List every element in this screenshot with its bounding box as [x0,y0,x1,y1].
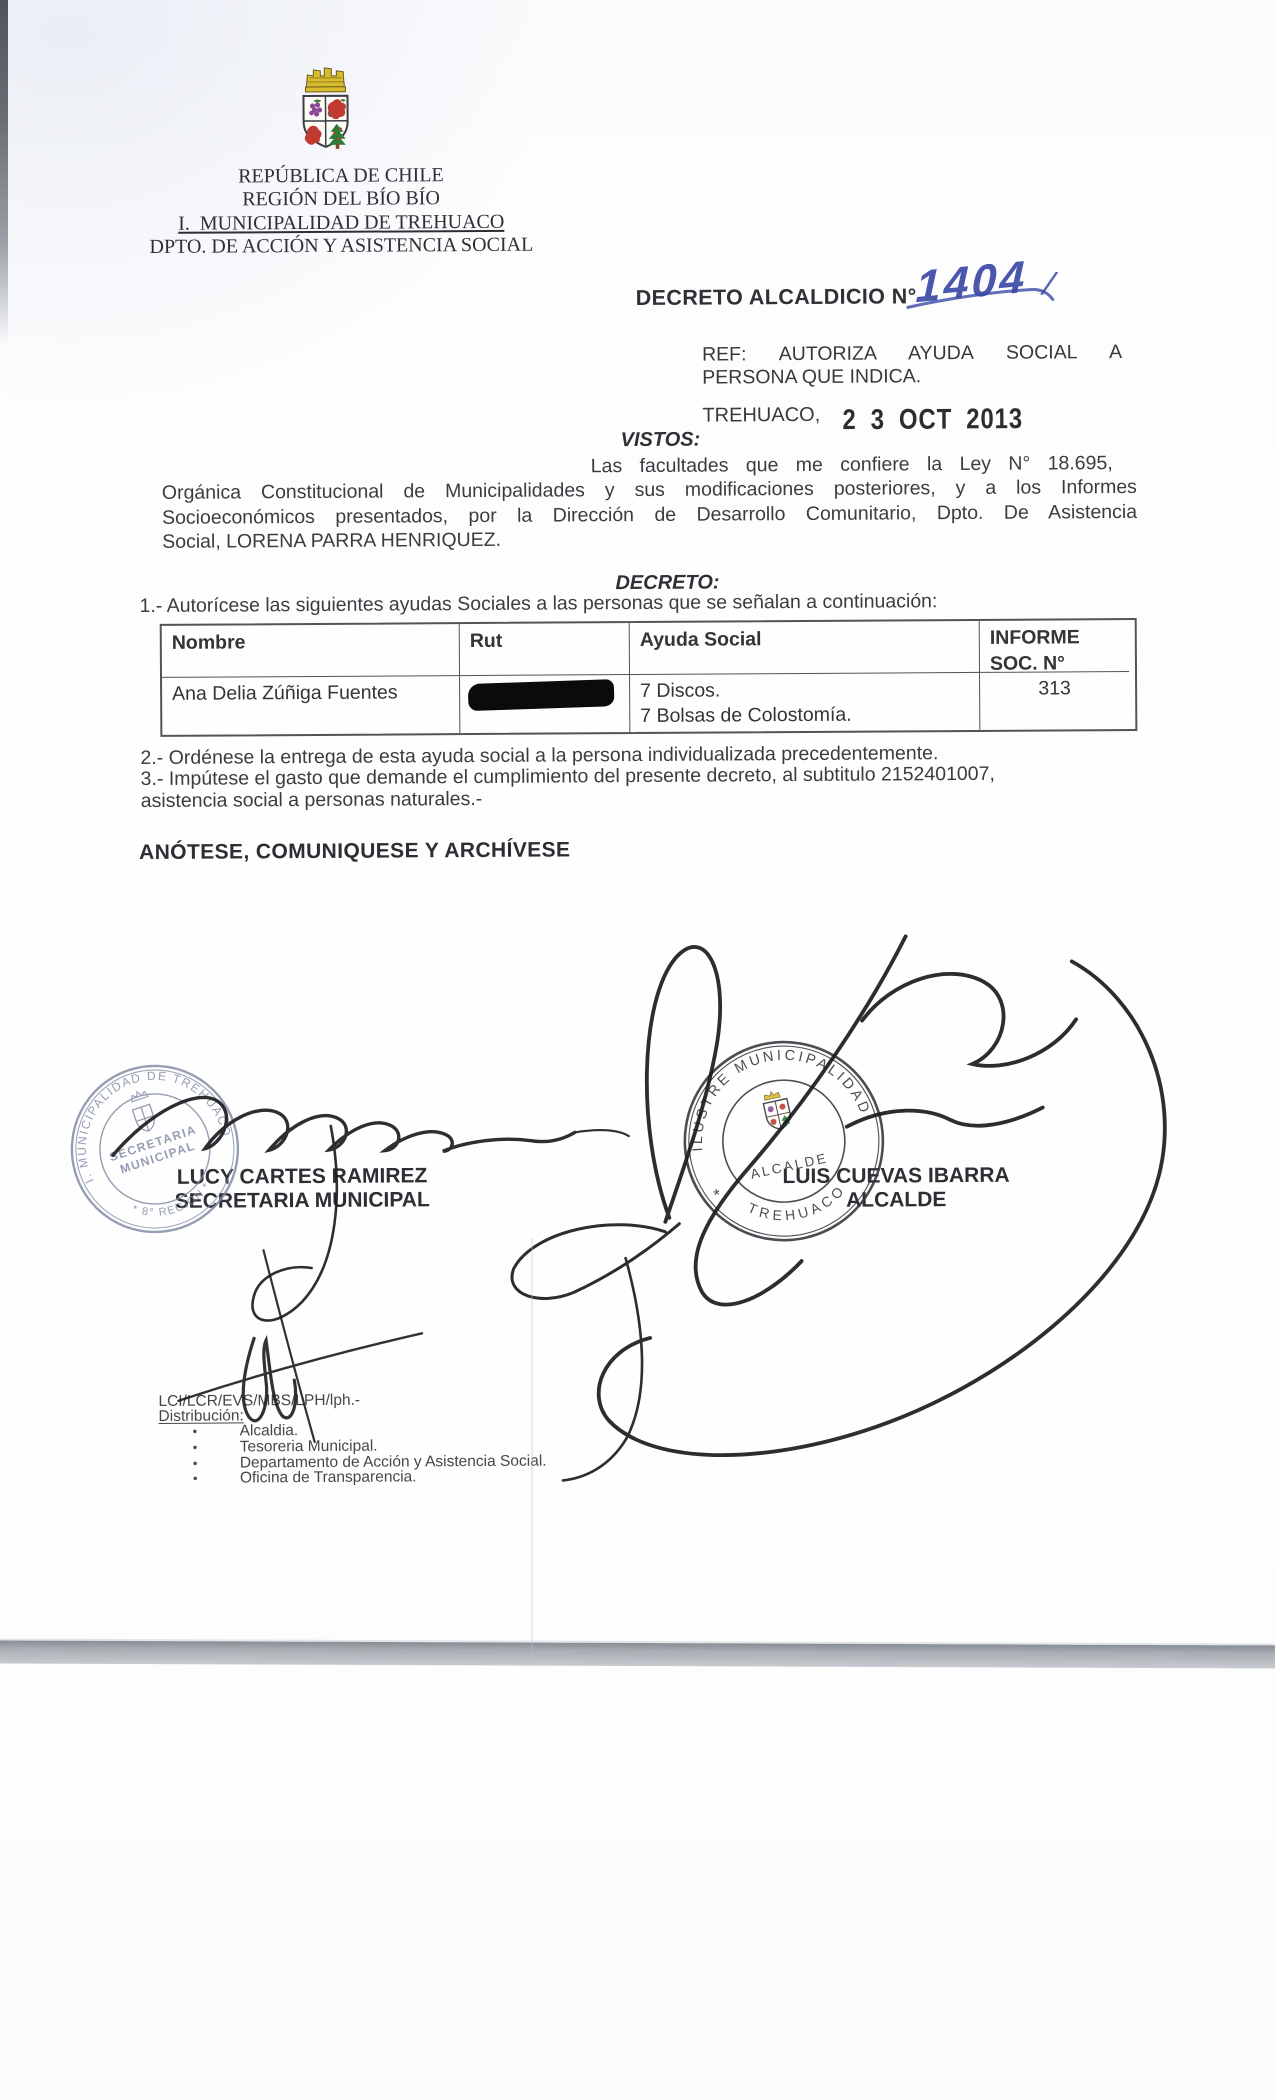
table-cell-informe: 313 [980,672,1129,730]
closing-order: ANÓTESE, COMUNIQUESE Y ARCHÍVESE [139,838,570,865]
letterhead-republic: REPÚBLICA DE CHILE [145,164,537,190]
mayor-name: LUIS CUEVAS IBARRA [776,1164,1016,1189]
table-cell-rut [460,675,630,733]
scan-page-bottom-edge [0,1641,1275,1669]
svg-text:SECRETARIA: SECRETARIA [108,1122,199,1164]
decreto-item-1: 1.- Autorícese las siguientes ayudas Soc… [140,590,938,618]
mayor-title: ALCALDE [776,1187,1016,1212]
letterhead-department: DPTO. DE ACCIÓN Y ASISTENCIA SOCIAL [145,234,537,260]
secretary-name: LUCY CARTES RAMIREZ [159,1164,445,1189]
bullet-icon: • [193,1471,240,1487]
document-content: REPÚBLICA DE CHILE REGIÓN DEL BÍO BÍO I.… [0,0,1275,2100]
scanned-decree-page: REPÚBLICA DE CHILE REGIÓN DEL BÍO BÍO I.… [0,0,1275,2100]
vistos-paragraph: Las facultades que me confiere la Ley N°… [162,451,1138,555]
vistos-line: Social, LORENA PARRA HENRIQUEZ. [162,524,1137,554]
scan-edge-artifact [0,0,8,345]
letterhead-municipality: I. MUNICIPALIDAD DE TREHUACO [145,210,537,236]
decree-title: DECRETO ALCALDICIO N° [636,284,917,311]
table-cell-nombre: Ana Delia Zúñiga Fuentes [162,676,460,735]
reference-line: PERSONA QUE INDICA. [702,364,1122,389]
table-header-rut: Rut [460,623,630,676]
signatures-and-stamps-overlay: I. MUNICIPALIDAD DE TREHUACO * 8° REGION… [0,0,1275,2100]
bullet-icon: • [193,1423,240,1439]
reference-line: REF: AUTORIZA AYUDA SOCIAL A [702,341,1122,366]
mayor-stamp: ILUSTRE MUNICIPALIDAD TREHUACO * ALCALDE [666,1023,902,1259]
table-header-informe: INFORME SOC. N° [980,620,1129,673]
letterhead: REPÚBLICA DE CHILE REGIÓN DEL BÍO BÍO I.… [145,164,538,260]
bullet-icon: • [193,1455,240,1471]
decree-number-handwritten: 1404 [915,251,1028,314]
scan-crease-line [531,1238,533,1663]
decree-number-suffix: / [1040,265,1056,305]
svg-text:ILUSTRE MUNICIPALIDAD: ILUSTRE MUNICIPALIDAD [672,1030,873,1155]
trehuaco-coat-of-arms-icon [293,62,358,154]
secretary-municipal-stamp: I. MUNICIPALIDAD DE TREHUACO * 8° REGION… [50,1044,260,1254]
social-aid-table: Nombre Rut Ayuda Social INFORME SOC. N° … [160,618,1138,737]
stamp-mini-crest-color [761,1089,793,1132]
secretary-signature-block: LUCY CARTES RAMIREZ SECRETARIA MUNICIPAL [159,1164,445,1213]
rut-redaction-box [468,679,615,711]
distribution-item: •Oficina de Transparencia. [193,1469,547,1487]
date-stamp: 2 3 OCT 2013 [842,402,1023,437]
distribution-list: •Alcaldia. •Tesoreria Municipal. •Depart… [193,1422,547,1487]
bullet-icon: • [193,1439,240,1455]
table-cell-ayuda: 7 Discos. 7 Bolsas de Colostomía. [630,673,980,732]
reference-block: REF: AUTORIZA AYUDA SOCIAL A PERSONA QUE… [702,341,1122,389]
decreto-item-3-continued: asistencia social a personas naturales.- [141,788,483,813]
decreto-item-3: 3.- Impútese el gasto que demande el cum… [141,763,995,791]
table-header-ayuda: Ayuda Social [630,621,980,675]
mayor-signature-block: LUIS CUEVAS IBARRA ALCALDE [776,1164,1016,1212]
stamp-mini-crest [133,1104,158,1133]
secretary-title: SECRETARIA MUNICIPAL [159,1188,445,1213]
table-header-nombre: Nombre [162,624,460,678]
stamp-side-asterisk: * [712,1185,723,1205]
vistos-heading: VISTOS: [621,429,701,452]
place-label: TREHUACO, [702,404,820,428]
letterhead-region: REGIÓN DEL BÍO BÍO [145,187,537,213]
